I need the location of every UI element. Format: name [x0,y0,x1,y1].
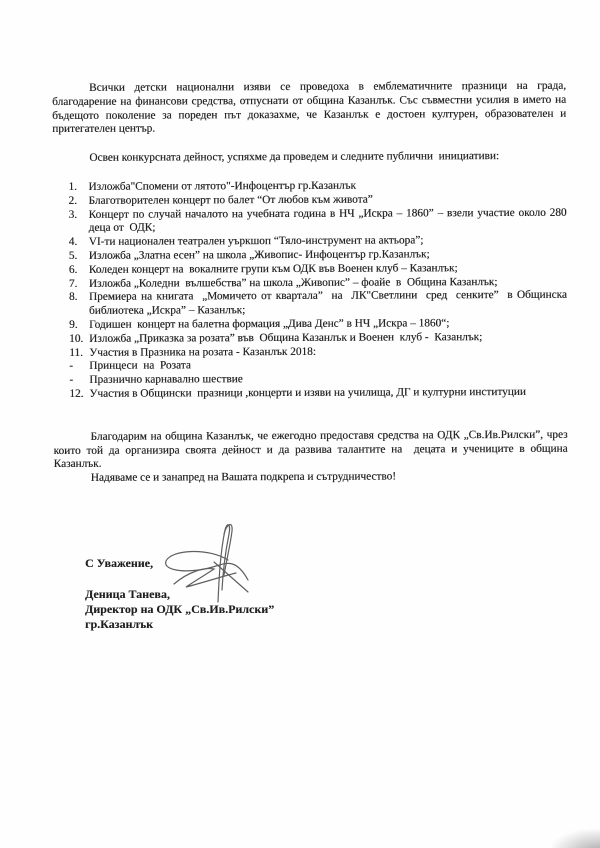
list-marker: 8. [69,291,89,319]
list-marker: 4. [69,236,89,250]
list-item-text: Премиера на книгата „Момичето от квартал… [89,289,567,319]
list-marker: 9. [69,319,89,333]
list-item: 12.Участия в Общински празници ,концерти… [69,386,567,402]
paragraph-national-events: Всички детски национални изяви се провед… [52,80,566,137]
list-marker: 3. [69,208,89,236]
list-item-text: Участия в Общински празници ,концерти и … [89,386,567,402]
signatory-name: Деница Танева, [85,587,274,602]
signatory-title: Директор на ОДК „Св.Ив.Рилски” [85,602,274,617]
scan-artifact-smudge [552,830,600,848]
list-marker: 7. [69,277,89,291]
list-marker: 5. [69,250,89,264]
list-item-text: Концерт по случай началото на учебната г… [89,206,567,236]
paragraph-hope: Надяваме се и занапред на Вашата подкреп… [54,470,568,486]
paragraph-thanks: Благодарим на община Казанлък, че ежегод… [54,428,568,472]
list-marker: 12. [69,388,89,402]
signature-block: С Уважение, Деница Танева, Директор на О… [85,556,274,632]
list-marker: - [69,374,89,388]
list-item: 8.Премиера на книгата „Момичето от кварт… [69,289,567,319]
initiatives-numbered-list: 1.Изложба"Спомени от лятото"-Инфоцентър … [52,179,567,402]
signatory-city: гр.Казанлък [85,617,274,632]
letter-body: Всички детски национални изяви се провед… [52,80,568,486]
list-marker: 11. [69,346,89,360]
list-marker: 6. [69,264,89,278]
list-marker: 2. [68,195,88,209]
list-marker: - [69,360,89,374]
list-item: 3.Концерт по случай началото на учебната… [69,206,567,236]
paragraph-initiatives-intro: Освен конкурсната дейност, успяхме да пр… [52,150,566,166]
signatory-details: Деница Танева, Директор на ОДК „Св.Ив.Ри… [85,587,274,632]
scanned-letter-page: Всички детски национални изяви се провед… [0,0,600,848]
salutation: С Уважение, [85,556,274,570]
list-marker: 1. [68,181,88,195]
list-marker: 10. [69,333,89,347]
